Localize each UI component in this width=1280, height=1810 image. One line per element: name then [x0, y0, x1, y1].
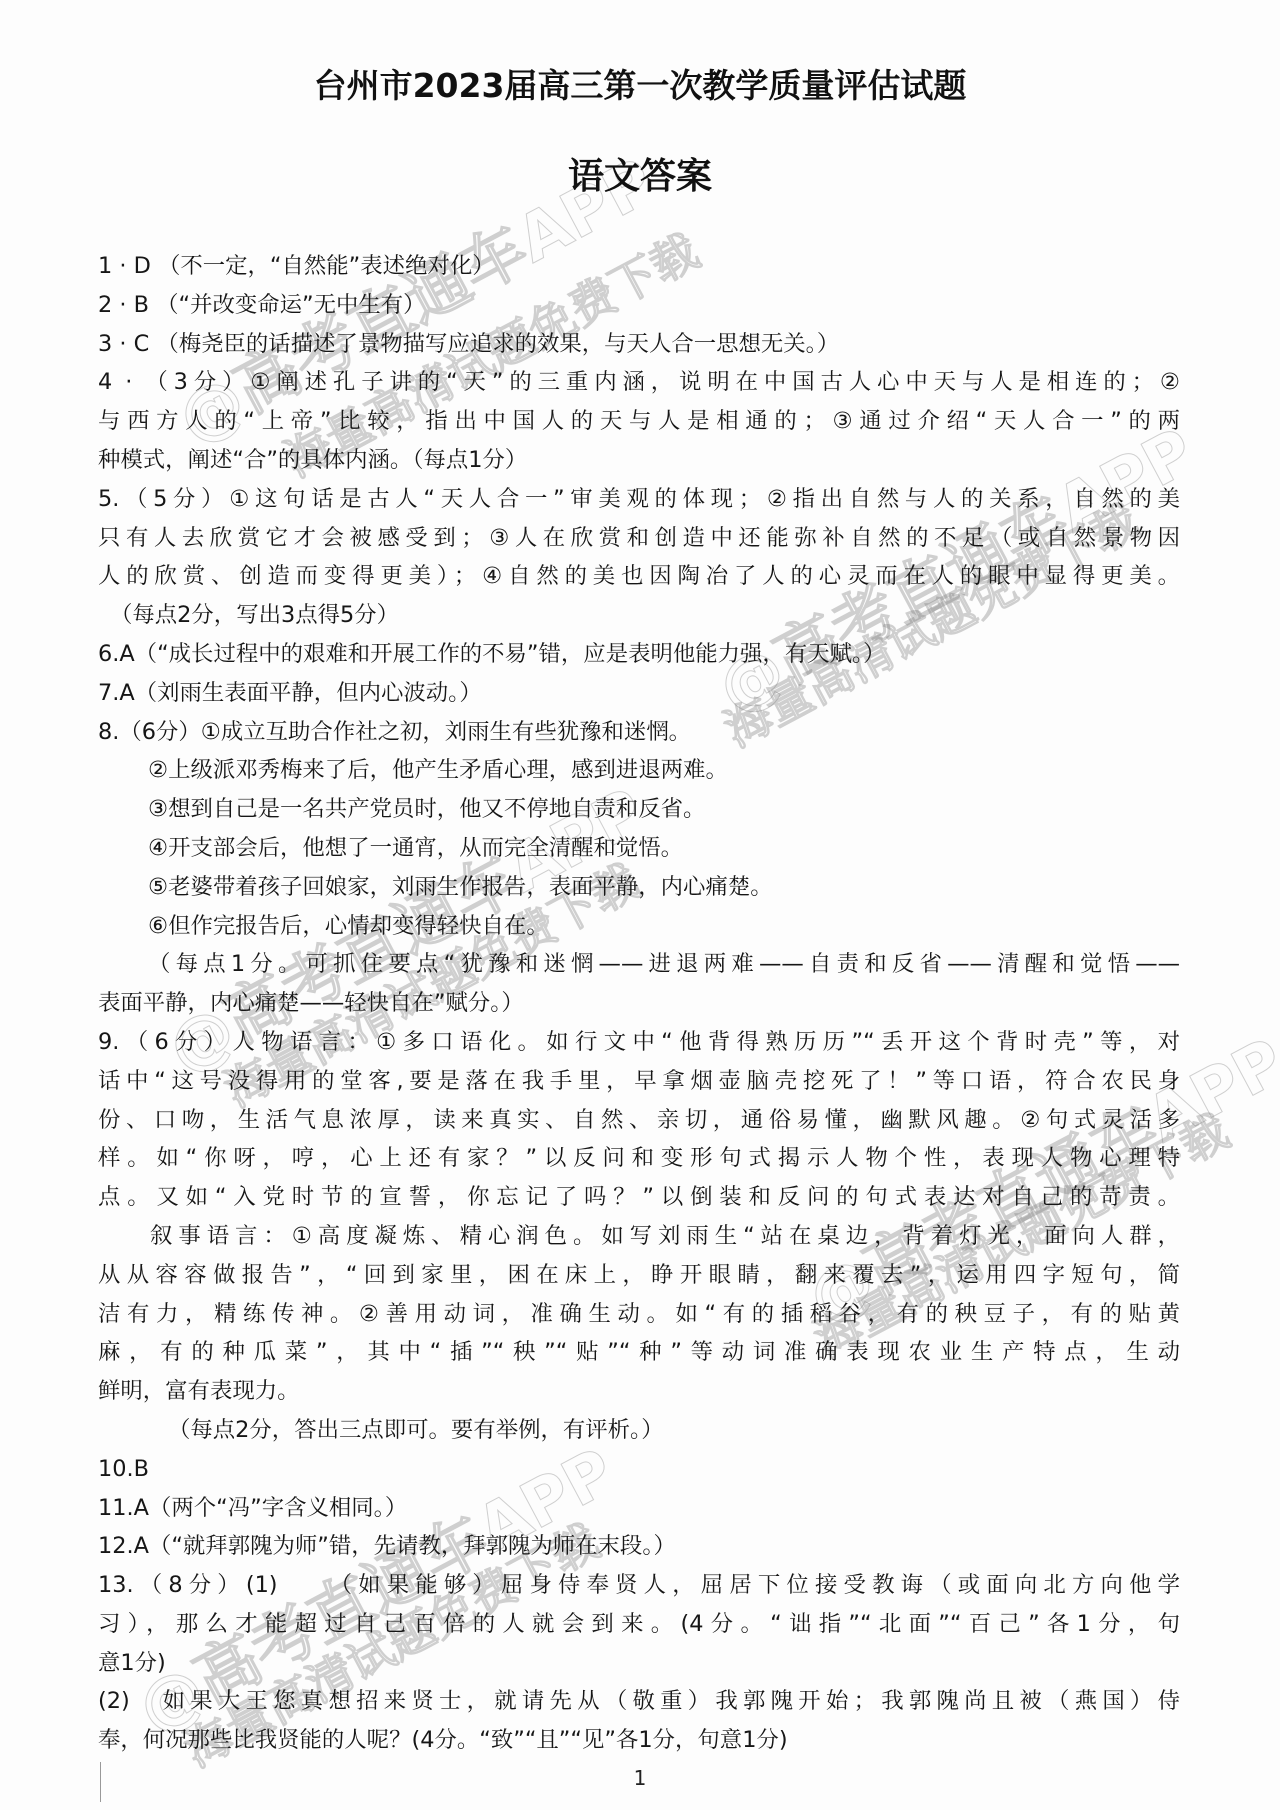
answer-line: （每点2分，写出3点得5分） — [98, 596, 1180, 635]
answer-line: （每点2分，答出三点即可。要有举例，有评析。） — [98, 1411, 1180, 1450]
answer-line: 点。又如“入党时节的宣誓，你忘记了吗？”以倒装和反问的句式表达对自己的苛责。 — [98, 1178, 1180, 1217]
answer-line: 3 · C （梅尧臣的话描述了景物描写应追求的效果，与天人合一思想无关。） — [98, 325, 1180, 364]
answer-line: 习），那么才能超过自己百倍的人就会到来。(4分。“诎指”“北面”“百己”各1分，… — [98, 1605, 1180, 1644]
answer-line: 只有人去欣赏它才会被感受到；③人在欣赏和创造中还能弥补自然的不足（或自然景物因 — [98, 519, 1180, 558]
answer-line: 9.（6分）人物语言：①多口语化。如行文中“他背得熟历历”“丢开这个背时壳”等，… — [98, 1023, 1180, 1062]
answer-line: 11.A（两个“冯”字含义相同。） — [98, 1489, 1180, 1528]
answer-line: 1 · D （不一定，“自然能”表述绝对化） — [98, 247, 1180, 286]
answer-line: 4 · （3分）①阐述孔子讲的“天”的三重内涵，说明在中国古人心中天与人是相连的… — [98, 363, 1180, 402]
answer-line: 7.A（刘雨生表面平静，但内心波动。） — [98, 674, 1180, 713]
answer-line: 叙事语言：①高度凝炼、精心润色。如写刘雨生“站在桌边，背着灯光，面向人群， — [98, 1217, 1180, 1256]
answer-line: 洁有力，精练传神。②善用动词，准确生动。如“有的插稻谷，有的秧豆子，有的贴黄 — [98, 1295, 1180, 1334]
answer-line: ②上级派邓秀梅来了后，他产生矛盾心理，感到进退两难。 — [98, 751, 1180, 790]
answer-line: 6.A（“成长过程中的艰难和开展工作的不易”错，应是表明他能力强，有天赋。） — [98, 635, 1180, 674]
answer-line: 表面平静，内心痛楚——轻快自在”赋分。） — [98, 984, 1180, 1023]
answer-line: 麻，有的种瓜菜”，其中“插”“秧”“贴”“种”等动词准确表现农业生产特点，生动 — [98, 1333, 1180, 1372]
answer-line: 12.A（“就拜郭隗为师”错，先请教，拜郭隗为师在末段。） — [98, 1527, 1180, 1566]
answer-line: (2) 如果大王您真想招来贤士，就请先从（敬重）我郭隗开始；我郭隗尚且被（燕国）… — [98, 1682, 1180, 1721]
answer-line: 与西方人的“上帝”比较，指出中国人的天与人是相通的；③通过介绍“天人合一”的两 — [98, 402, 1180, 441]
answer-line: 8.（6分）①成立互助合作社之初，刘雨生有些犹豫和迷惘。 — [98, 713, 1180, 752]
answer-body: 1 · D （不一定，“自然能”表述绝对化）2 · B （“并改变命运”无中生有… — [98, 247, 1180, 1760]
answer-line: 10.B — [98, 1450, 1180, 1489]
answer-line: 份、口吻，生活气息浓厚，读来真实、自然、亲切，通俗易懂，幽默风趣。②句式灵活多 — [98, 1101, 1180, 1140]
answer-line: 话中“这号没得用的堂客,要是落在我手里，早拿烟壶脑壳挖死了！”等口语，符合农民身 — [98, 1062, 1180, 1101]
answer-line: 种模式，阐述“合”的具体内涵。（每点1分） — [98, 441, 1180, 480]
answer-line: 从从容容做报告”，“回到家里，困在床上，睁开眼睛，翻来覆去”，运用四字短句，简 — [98, 1256, 1180, 1295]
answer-line: 2 · B （“并改变命运”无中生有） — [98, 286, 1180, 325]
answer-line: （每点1分。可抓住要点“犹豫和迷惘——进退两难——自责和反省——清醒和觉悟—— — [98, 945, 1180, 984]
answer-line: ⑥但作完报告后，心情却变得轻快自在。 — [98, 907, 1180, 946]
answer-line: 样。如“你呀，哼，心上还有家？”以反问和变形句式揭示人物个性，表现人物心理特 — [98, 1139, 1180, 1178]
answer-line: ④开支部会后，他想了一通宵，从而完全清醒和觉悟。 — [98, 829, 1180, 868]
answer-line: 5.（5分）①这句话是古人“天人合一”审美观的体现；②指出自然与人的关系，自然的… — [98, 480, 1180, 519]
document-subtitle: 语文答案 — [0, 148, 1280, 199]
answer-line: ⑤老婆带着孩子回娘家，刘雨生作报告，表面平静，内心痛楚。 — [98, 868, 1180, 907]
answer-line: 13.（8分）(1) （如果能够）屈身侍奉贤人，屈居下位接受教诲（或面向北方向他… — [98, 1566, 1180, 1605]
answer-line: 鲜明，富有表现力。 — [98, 1372, 1180, 1411]
answer-line: 人的欣赏、创造而变得更美）；④自然的美也因陶冶了人的心灵而在人的眼中显得更美。 — [98, 557, 1180, 596]
answer-line: ③想到自己是一名共产党员时，他又不停地自责和反省。 — [98, 790, 1180, 829]
page-number: 1 — [0, 1766, 1280, 1790]
document-title: 台州市2023届高三第一次教学质量评估试题 — [0, 60, 1280, 107]
document-page: @高考直通车APP 海量高清试题免费下载 @高考直通车APP 海量高清试题免费下… — [0, 0, 1280, 1810]
answer-line: 意1分) — [98, 1644, 1180, 1683]
answer-line: 奉，何况那些比我贤能的人呢？(4分。“致”“且”“见”各1分，句意1分) — [98, 1721, 1180, 1760]
